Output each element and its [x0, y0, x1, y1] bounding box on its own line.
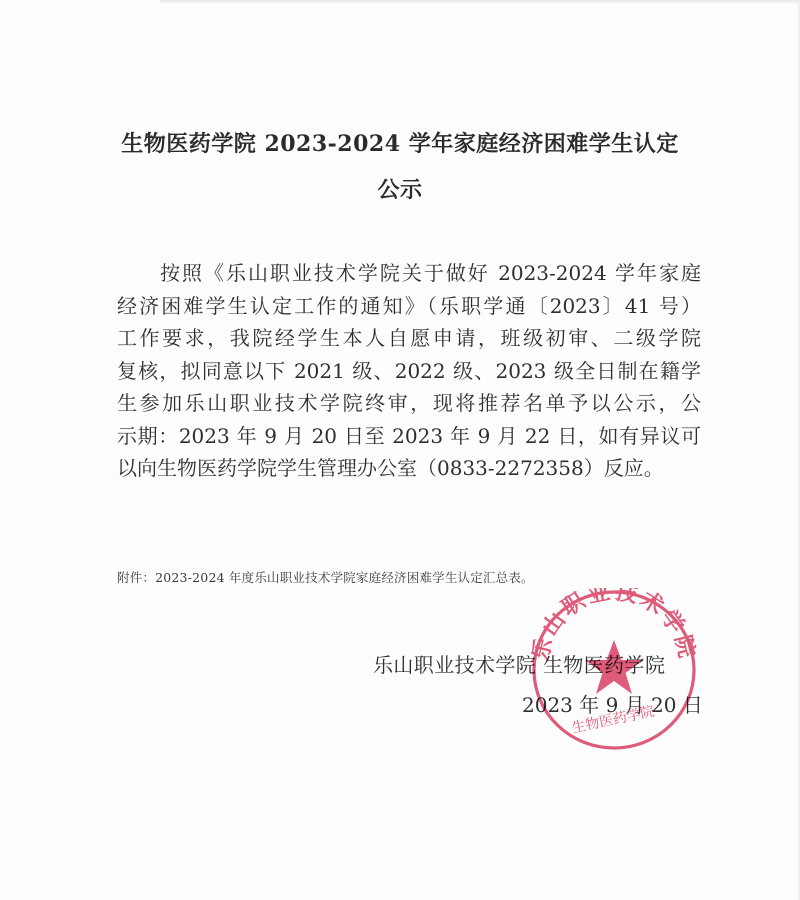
body-line-1: 按照《乐山职业技术学院关于做好 2023-2024 学年家庭	[117, 257, 701, 290]
official-seal: 乐山职业技术学院 生物医药学院	[530, 588, 698, 752]
body-line-5: 生参加乐山职业技术学院终审，现将推荐名单予以公示，公	[117, 387, 701, 420]
attachment-note: 附件：2023-2024 年度乐山职业技术学院家庭经济困难学生认定汇总表。	[117, 568, 534, 586]
document-page: 生物医药学院 2023-2024 学年家庭经济困难学生认定 公示 按照《乐山职业…	[0, 0, 800, 900]
notice-body: 按照《乐山职业技术学院关于做好 2023-2024 学年家庭 经济困难学生认定工…	[117, 257, 701, 485]
seal-center-text: 生物医药学院	[570, 703, 656, 737]
star-icon	[585, 640, 643, 694]
body-line-4: 复核，拟同意以下 2021 级、2022 级、2023 级全日制在籍学	[117, 355, 701, 388]
body-line-6: 示期：2023 年 9 月 20 日至 2023 年 9 月 22 日，如有异议…	[117, 420, 701, 453]
document-title: 生物医药学院 2023-2024 学年家庭经济困难学生认定	[0, 127, 800, 158]
body-line-2: 经济困难学生认定工作的通知》（乐职学通〔2023〕41 号）	[117, 290, 701, 323]
seal-icon: 乐山职业技术学院 生物医药学院	[530, 588, 698, 752]
document-subtitle: 公示	[0, 173, 800, 204]
body-line-7: 以向生物医药学院学生管理办公室（0833-2272358）反应。	[117, 452, 701, 485]
scan-edge-top	[160, 0, 800, 4]
body-line-3: 工作要求，我院经学生本人自愿申请，班级初审、二级学院	[117, 322, 701, 355]
